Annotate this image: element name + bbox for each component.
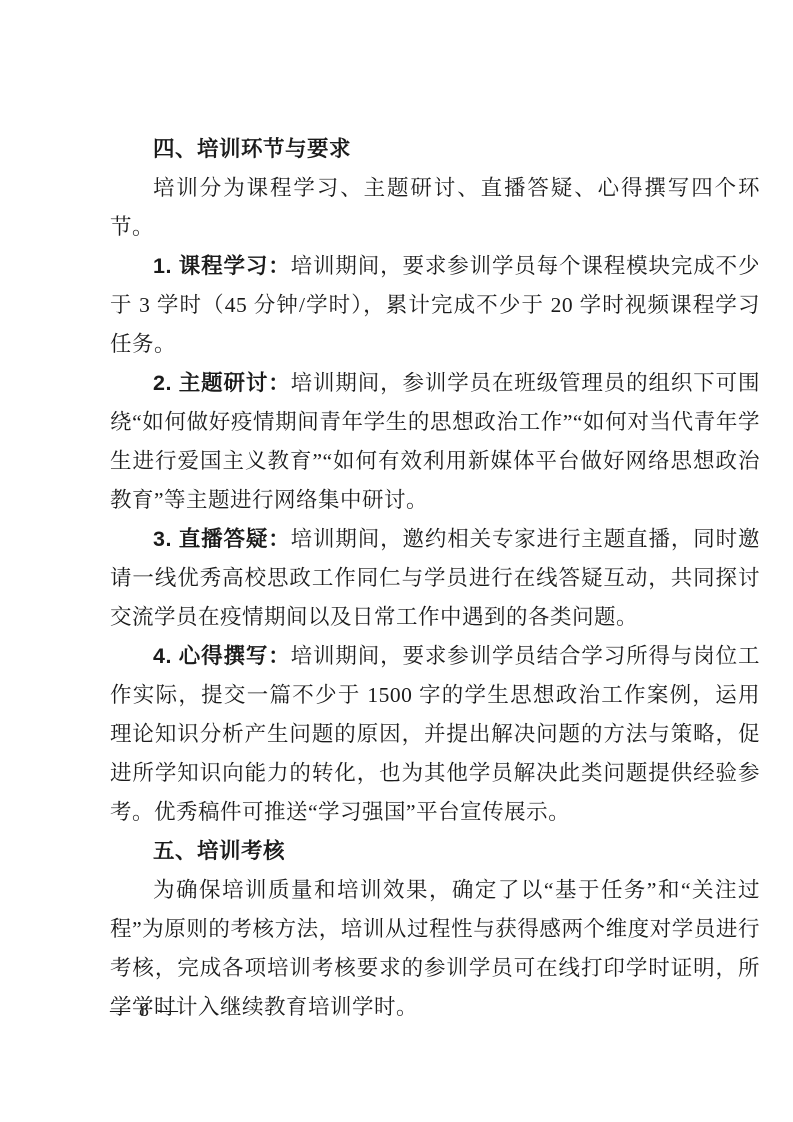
section-heading-training-steps: 四、培训环节与要求 <box>110 130 760 169</box>
paragraph-reflection-writing: 4. 心得撰写：培训期间，要求参训学员结合学习所得与岗位工作实际，提交一篇不少于… <box>110 637 760 832</box>
paragraph-assessment: 为确保培训质量和培训效果，确定了以“基于任务”和“关注过程”为原则的考核方法，培… <box>110 871 760 1027</box>
paragraph-live-qa: 3. 直播答疑：培训期间，邀约相关专家进行主题直播，同时邀请一线优秀高校思政工作… <box>110 520 760 637</box>
paragraph-intro: 培训分为课程学习、主题研讨、直播答疑、心得撰写四个环节。 <box>110 169 760 247</box>
paragraph-lead: 4. 心得撰写： <box>153 644 291 668</box>
page-number: — 8 — <box>110 997 180 1023</box>
paragraph-topic-discussion: 2. 主题研讨：培训期间，参训学员在班级管理员的组织下可围绕“如何做好疫情期间青… <box>110 364 760 520</box>
paragraph-text: 培训分为课程学习、主题研讨、直播答疑、心得撰写四个环节。 <box>110 176 760 239</box>
paragraph-course-study: 1. 课程学习：培训期间，要求参训学员每个课程模块完成不少于 3 学时（45 分… <box>110 247 760 364</box>
paragraph-text: 培训期间，要求参训学员结合学习所得与岗位工作实际，提交一篇不少于 1500 字的… <box>110 644 760 824</box>
document-body: 四、培训环节与要求 培训分为课程学习、主题研讨、直播答疑、心得撰写四个环节。 1… <box>110 130 760 1027</box>
section-heading-training-assessment: 五、培训考核 <box>110 832 760 871</box>
paragraph-lead: 1. 课程学习： <box>153 254 291 278</box>
document-page: 四、培训环节与要求 培训分为课程学习、主题研讨、直播答疑、心得撰写四个环节。 1… <box>0 0 793 1122</box>
paragraph-text: 为确保培训质量和培训效果，确定了以“基于任务”和“关注过程”为原则的考核方法，培… <box>110 878 760 1019</box>
paragraph-lead: 3. 直播答疑： <box>153 527 291 551</box>
paragraph-lead: 2. 主题研讨： <box>153 371 291 395</box>
